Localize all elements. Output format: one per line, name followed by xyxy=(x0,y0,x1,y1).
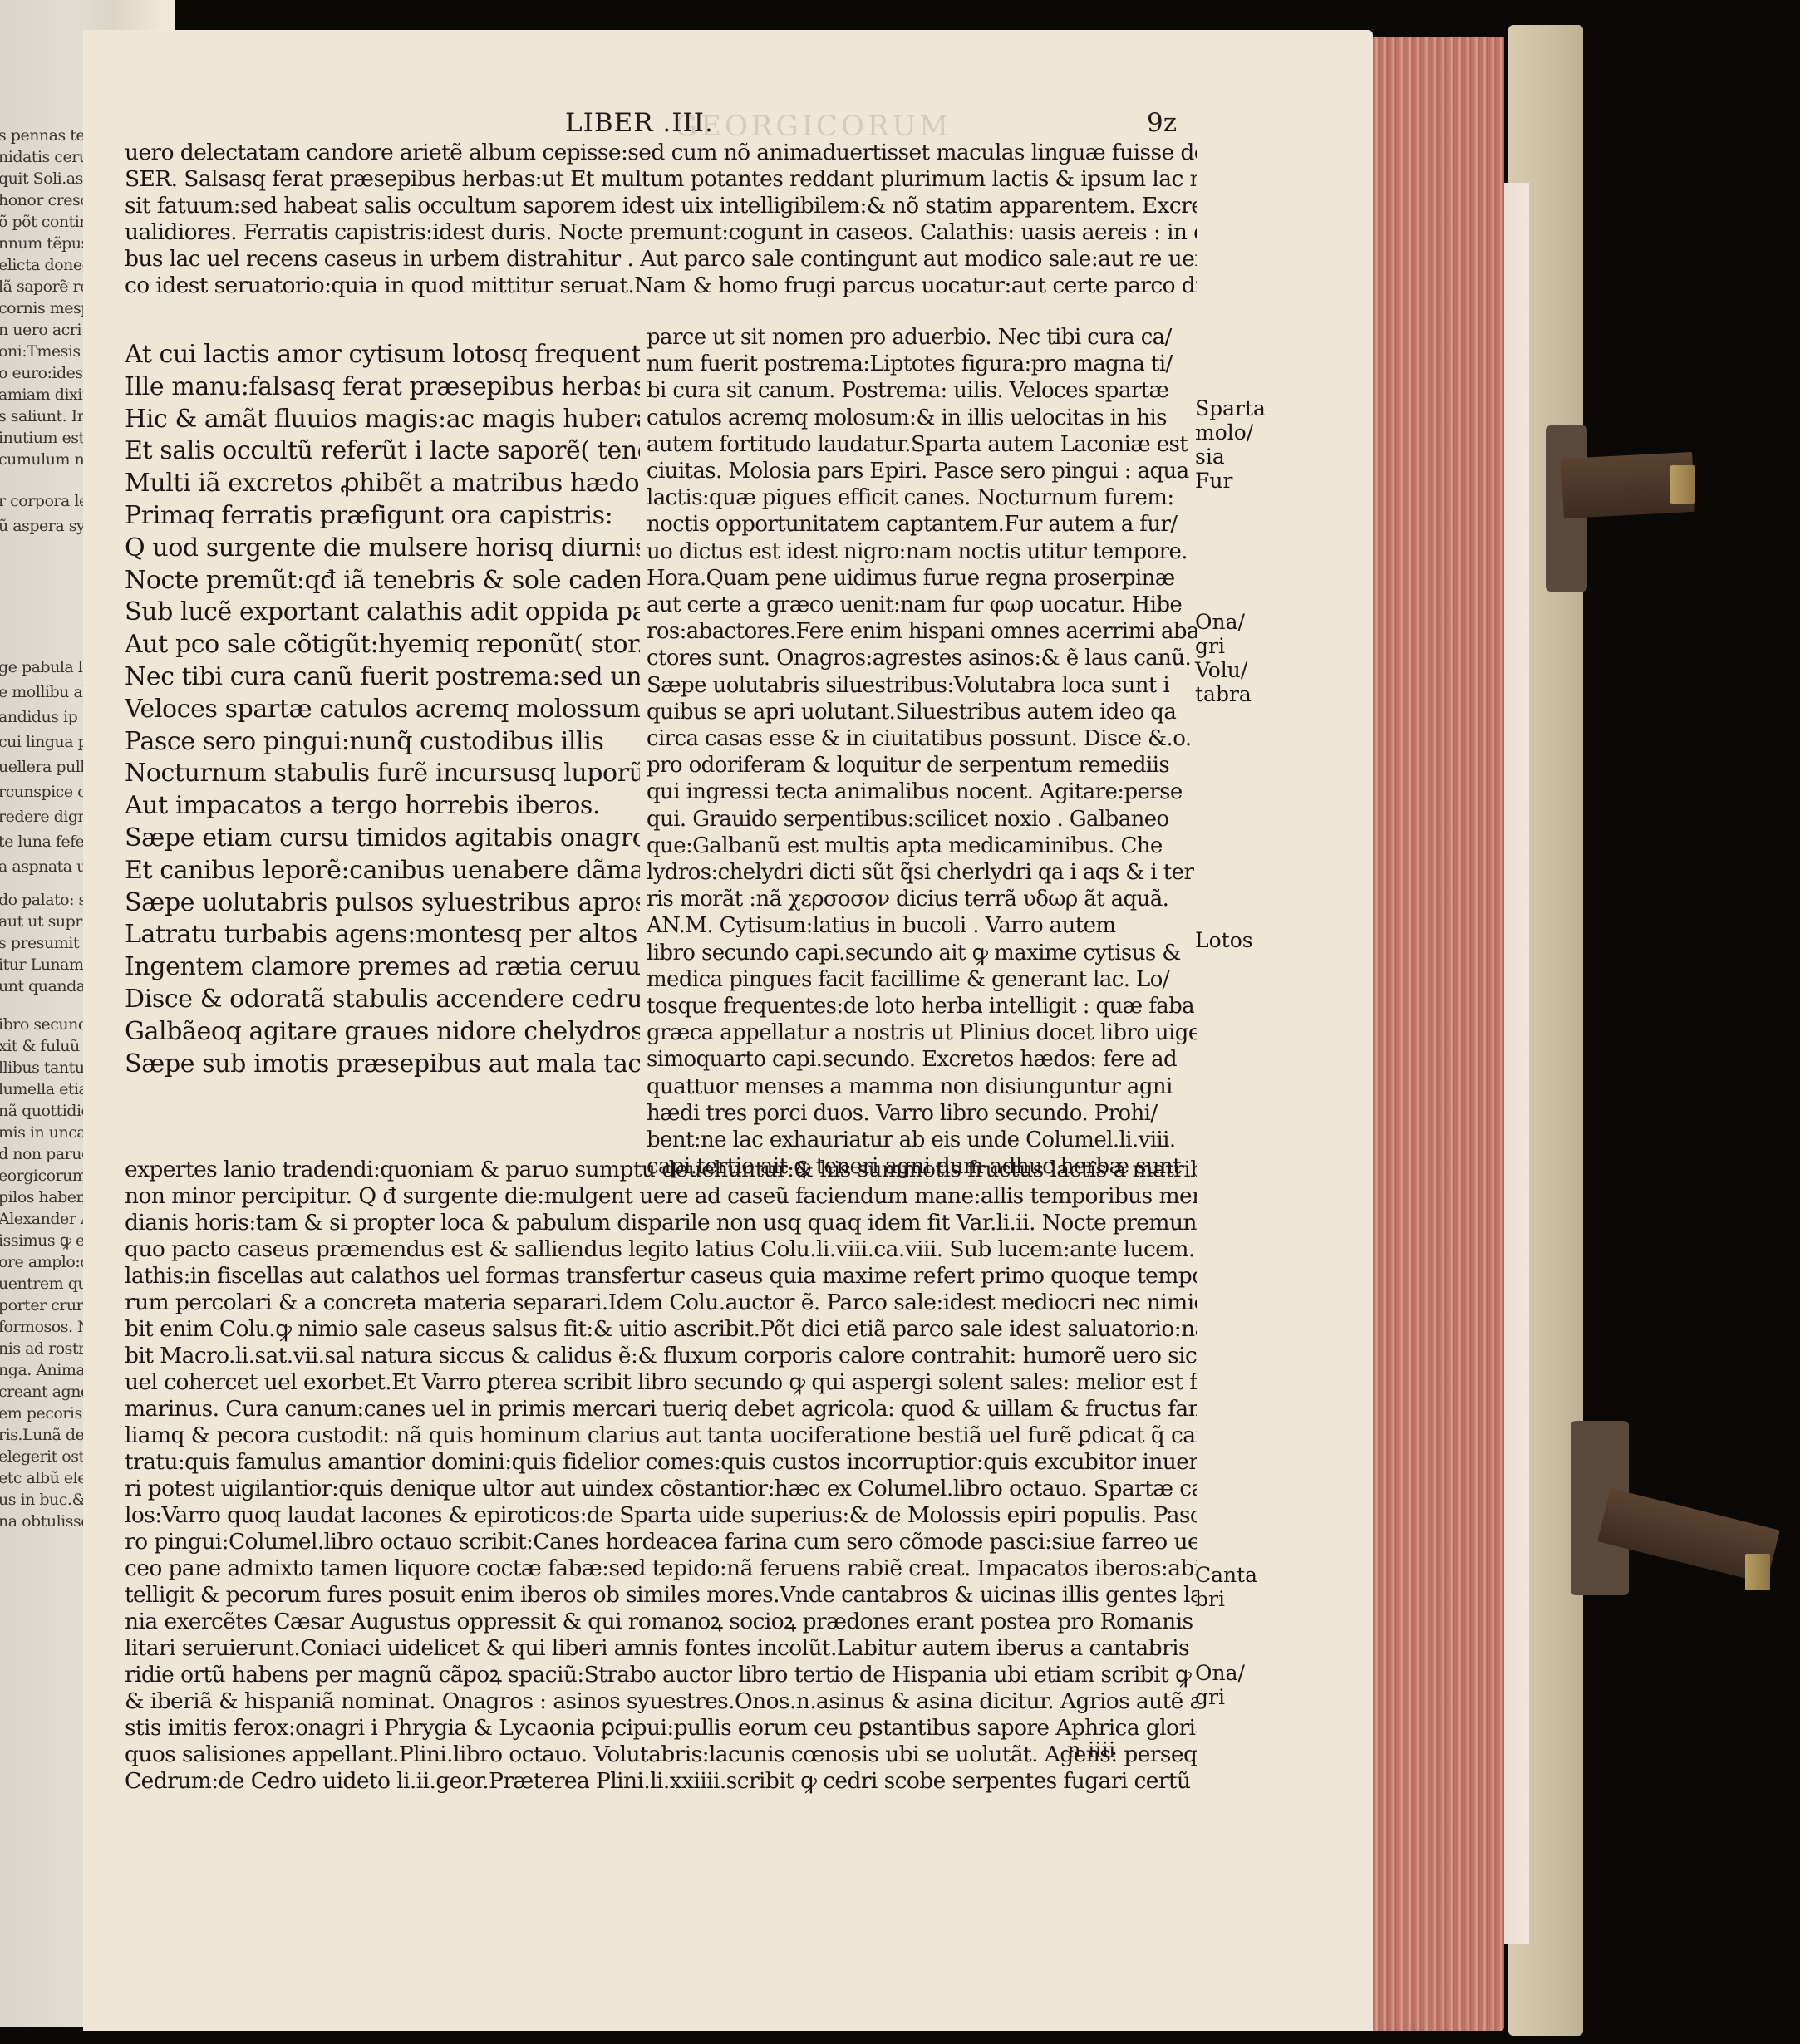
commentary-line: lactis:quæ pigues efficit canes. Nocturn… xyxy=(647,484,1197,511)
commentary-line: medica pingues facit facillime & generan… xyxy=(647,966,1197,993)
commentary-line: expertes lanio tradendi:quoniam & paruo … xyxy=(125,1157,1197,1183)
commentary-line: non minor percipitur. Q đ surgente die:m… xyxy=(125,1183,1197,1210)
commentary-line: ciuitas. Molosia pars Epiri. Pasce sero … xyxy=(647,458,1197,484)
commentary-line: circa casas esse & in ciuitatibus possun… xyxy=(647,725,1197,752)
show-through-header: GEORGICORUM xyxy=(675,110,952,143)
verse-line: Aut impacatos a tergo horrebis iberos. xyxy=(125,790,640,823)
commentary-line: liamq & pecora custodit: nã quis hominum… xyxy=(125,1422,1197,1449)
verse-block: At cui lactis amor cytisum lotosq freque… xyxy=(125,339,640,1080)
verse-line: Nocte premũt:qđ iã tenebris & sole caden… xyxy=(125,565,640,597)
commentary-line: AN.M. Cytisum:latius in bucoli . Varro a… xyxy=(647,912,1197,939)
margin-note: Volu/ xyxy=(1195,659,1247,682)
commentary-line: stis imitis ferox:onagri i Phrygia & Lyc… xyxy=(125,1715,1197,1742)
commentary-line: bi cura sit canum. Postrema: uilis. Velo… xyxy=(647,377,1197,404)
commentary-line: bent:ne lac exhauriatur ab eis unde Colu… xyxy=(647,1127,1197,1153)
verse-line: Sub lucẽ exportant calathis adit oppida … xyxy=(125,597,640,629)
commentary-line: ro pingui:Columel.libro octauo scribit:C… xyxy=(125,1529,1197,1555)
commentary-line: tosque frequentes:de loto herba intellig… xyxy=(647,993,1197,1020)
margin-note: Fur xyxy=(1195,469,1232,493)
commentary-line: quattuor menses a mamma non disiunguntur… xyxy=(647,1074,1197,1100)
commentary-line: uel cohercet uel exorbet.Et Varro ꝑterea… xyxy=(125,1369,1197,1396)
verse-line: Hic & amãt fluuios magis:ac magis hubera xyxy=(125,404,640,436)
commentary-line: dianis horis:tam & si propter loca & pab… xyxy=(125,1210,1197,1236)
verse-line: Veloces spartæ catulos acremq molossum xyxy=(125,694,640,726)
verse-line: Sæpe sub imotis præsepibus aut mala tact… xyxy=(125,1049,640,1081)
commentary-line: Cedrum:de Cedro uideto li.ii.geor.Præter… xyxy=(125,1768,1197,1795)
commentary-line: lathis:in fiscellas aut calathos uel for… xyxy=(125,1263,1197,1290)
commentary-line: nia exercẽtes Cæsar Augustus oppressit &… xyxy=(125,1609,1197,1635)
commentary-line: libro secundo capi.secundo ait ꝙ maxime … xyxy=(647,940,1197,966)
verse-line: At cui lactis amor cytisum lotosq freque… xyxy=(125,339,640,371)
folio-number: 9z xyxy=(1147,108,1177,138)
verse-line: Primaq ferratis præfigunt ora capistris: xyxy=(125,500,640,533)
commentary-line: ceo pane admixto tamen liquore coctæ fab… xyxy=(125,1555,1197,1582)
commentary-line: que:Galbanũ est multis apta medicaminibu… xyxy=(647,833,1197,859)
commentary-line: ris morãt :nã χερσοσον dicius terrã υδωρ… xyxy=(647,886,1197,912)
margin-note: Canta xyxy=(1195,1564,1257,1587)
margin-note: Ona/ xyxy=(1195,611,1245,634)
commentary-line: qui. Grauido serpentibus:scilicet noxio … xyxy=(647,806,1197,833)
commentary-line: pro odoriferam & loquitur de serpentum r… xyxy=(647,752,1197,779)
red-page-edges xyxy=(1373,37,1504,2031)
running-header: LIBER .III. xyxy=(565,108,714,138)
verse-line: Nec tibi cura canũ fuerit postrema:sed u… xyxy=(125,661,640,694)
side-commentary: parce ut sit nomen pro aduerbio. Nec tib… xyxy=(647,324,1197,1181)
verse-line: Ille manu:falsasq ferat præsepibus herba… xyxy=(125,371,640,404)
signature-mark: n iiii xyxy=(1067,1738,1115,1763)
margin-note: tabra xyxy=(1195,683,1252,706)
verse-line: Q uod surgente die mulsere horisq diurni… xyxy=(125,533,640,565)
verse-line: Pasce sero pingui:nunq̃ custodibus illis xyxy=(125,726,640,759)
verse-line: Multi iã excretos ꝓhibẽt a matribus hædo… xyxy=(125,468,640,500)
commentary-line: litari seruierunt.Coniaci uidelicet & qu… xyxy=(125,1635,1197,1662)
commentary-line: co idest seruatorio:quia in quod mittitu… xyxy=(125,273,1197,299)
margin-note: gri xyxy=(1195,1686,1225,1709)
commentary-line: hædi tres porci duos. Varro libro secund… xyxy=(647,1100,1197,1127)
verse-line: Nocturnum stabulis furẽ incursusq luporũ xyxy=(125,758,640,790)
verse-line: Aut pco sale cõtigũt:hyemiq reponũt( sto… xyxy=(125,629,640,661)
commentary-line: græca appellatur a nostris ut Plinius do… xyxy=(647,1020,1197,1046)
margin-note: Ona/ xyxy=(1195,1662,1245,1685)
commentary-line: ri potest uigilantior:quis denique ultor… xyxy=(125,1476,1197,1502)
margin-note: Sparta xyxy=(1195,397,1266,420)
commentary-line: simoquarto capi.secundo. Excretos hædos:… xyxy=(647,1046,1197,1073)
commentary-line: ctores sunt. Onagros:agrestes asinos:& ẽ… xyxy=(647,645,1197,671)
commentary-line: bit Macro.li.sat.vii.sal natura siccus &… xyxy=(125,1343,1197,1369)
margin-note: bri xyxy=(1195,1588,1225,1611)
commentary-line: SER. Salsasq ferat præsepibus herbas:ut … xyxy=(125,166,1197,193)
verse-line: Latratu turbabis agens:montesq per altos xyxy=(125,919,640,951)
commentary-line: sit fatuum:sed habeat salis occultum sap… xyxy=(125,193,1197,219)
verse-line: Disce & odoratã stabulis accendere cedru… xyxy=(125,984,640,1016)
commentary-line: bus lac uel recens caseus in urbem distr… xyxy=(125,246,1197,273)
verse-line: Et canibus leporẽ:canibus uenabere dãmas… xyxy=(125,855,640,887)
commentary-line: parce ut sit nomen pro aduerbio. Nec tib… xyxy=(647,324,1197,351)
bottom-commentary: expertes lanio tradendi:quoniam & paruo … xyxy=(125,1157,1197,1795)
commentary-line: marinus. Cura canum:canes uel in primis … xyxy=(125,1396,1197,1422)
commentary-line: uo dictus est idest nigro:nam noctis uti… xyxy=(647,538,1197,565)
commentary-line: ros:abactores.Fere enim hispani omnes ac… xyxy=(647,618,1197,645)
commentary-line: & iberiã & hispaniã nominat. Onagros : a… xyxy=(125,1688,1197,1715)
commentary-line: qui ingressi tecta animalibus nocent. Ag… xyxy=(647,779,1197,805)
commentary-line: autem fortitudo laudatur.Sparta autem La… xyxy=(647,431,1197,458)
commentary-line: bit enim Colu.ꝙ nimio sale caseus salsus… xyxy=(125,1316,1197,1343)
top-commentary: uero delectatam candore arietẽ album cep… xyxy=(125,140,1197,299)
verse-line: Sæpe uolutabris pulsos syluestribus apro… xyxy=(125,887,640,920)
commentary-line: lydros:chelydri dicti sũt q̃si cherlydri… xyxy=(647,859,1197,886)
commentary-line: quibus se apri uolutant.Siluestribus aut… xyxy=(647,699,1197,725)
commentary-line: rum percolari & a concreta materia separ… xyxy=(125,1290,1197,1316)
commentary-line: aut certe a græco uenit:nam fur φωρ uoca… xyxy=(647,592,1197,618)
commentary-line: tratu:quis famulus amantior domini:quis … xyxy=(125,1449,1197,1476)
commentary-line: telligit & pecorum fures posuit enim ibe… xyxy=(125,1582,1197,1609)
verse-line: Et salis occultũ referũt i lacte saporẽ(… xyxy=(125,435,640,468)
verse-line: Ingentem clamore premes ad rætia ceruum. xyxy=(125,951,640,984)
endpaper-edge xyxy=(1504,183,1529,1944)
margin-note: Lotos xyxy=(1195,929,1253,952)
commentary-line: noctis opportunitatem captantem.Fur aute… xyxy=(647,511,1197,538)
commentary-line: Hora.Quam pene uidimus furue regna prose… xyxy=(647,565,1197,592)
commentary-line: quos salisiones appellant.Plini.libro oc… xyxy=(125,1742,1197,1768)
commentary-line: ualidiores. Ferratis capistris:idest dur… xyxy=(125,219,1197,246)
brass-clasp-tip xyxy=(1670,465,1695,504)
verse-line: Galbãeoq agitare graues nidore chelydros… xyxy=(125,1016,640,1049)
commentary-line: quo pacto caseus præmendus est & sallien… xyxy=(125,1236,1197,1263)
commentary-line: num fuerit postrema:Liptotes figura:pro … xyxy=(647,351,1197,377)
commentary-line: Sæpe uolutabris siluestribus:Volutabra l… xyxy=(647,672,1197,699)
commentary-line: uero delectatam candore arietẽ album cep… xyxy=(125,140,1197,166)
margin-note: molo/ xyxy=(1195,421,1253,445)
commentary-line: ridie ortũ habens per magnũ cãpoꝝ spaciũ… xyxy=(125,1662,1197,1688)
commentary-line: los:Varro quoq laudat lacones & epirotic… xyxy=(125,1502,1197,1529)
margin-note: sia xyxy=(1195,445,1225,469)
margin-note: gri xyxy=(1195,635,1225,658)
verse-line: Sæpe etiam cursu timidos agitabis onagro… xyxy=(125,823,640,855)
commentary-line: catulos acremq molosum:& in illis ueloci… xyxy=(647,405,1197,431)
brass-clasp-tip xyxy=(1745,1554,1770,1590)
